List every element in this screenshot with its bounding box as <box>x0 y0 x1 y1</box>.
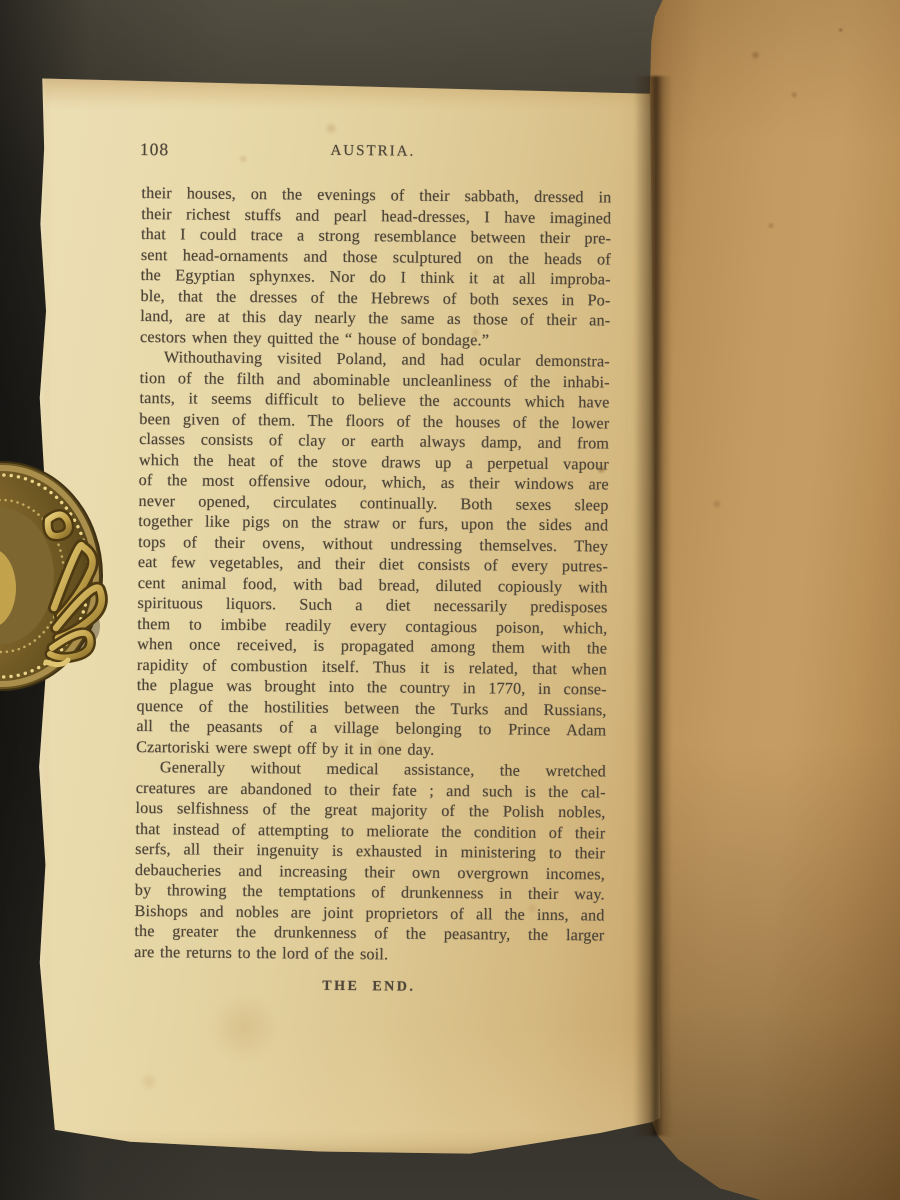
page-header: 108 AUSTRIA. <box>142 139 612 164</box>
gutter-shadow <box>634 76 672 1136</box>
book-page: 108 AUSTRIA. their houses, on the evenin… <box>36 72 664 1158</box>
printed-page-content: 108 AUSTRIA. their houses, on the evenin… <box>134 139 612 997</box>
paragraph: Generally without medical assistance, th… <box>134 757 606 967</box>
book-photo-scene: 108 AUSTRIA. their houses, on the evenin… <box>0 0 900 1200</box>
gilt-medallion-icon <box>0 458 118 710</box>
facing-page <box>642 0 900 1200</box>
body-text: their houses, on the evenings of their s… <box>134 183 611 966</box>
paragraph: their houses, on the evenings of their s… <box>140 183 612 352</box>
footer-text: THE END. <box>134 977 604 998</box>
paragraph: Withouthaving visited Poland, and had oc… <box>136 347 610 761</box>
running-header: AUSTRIA. <box>138 139 608 163</box>
